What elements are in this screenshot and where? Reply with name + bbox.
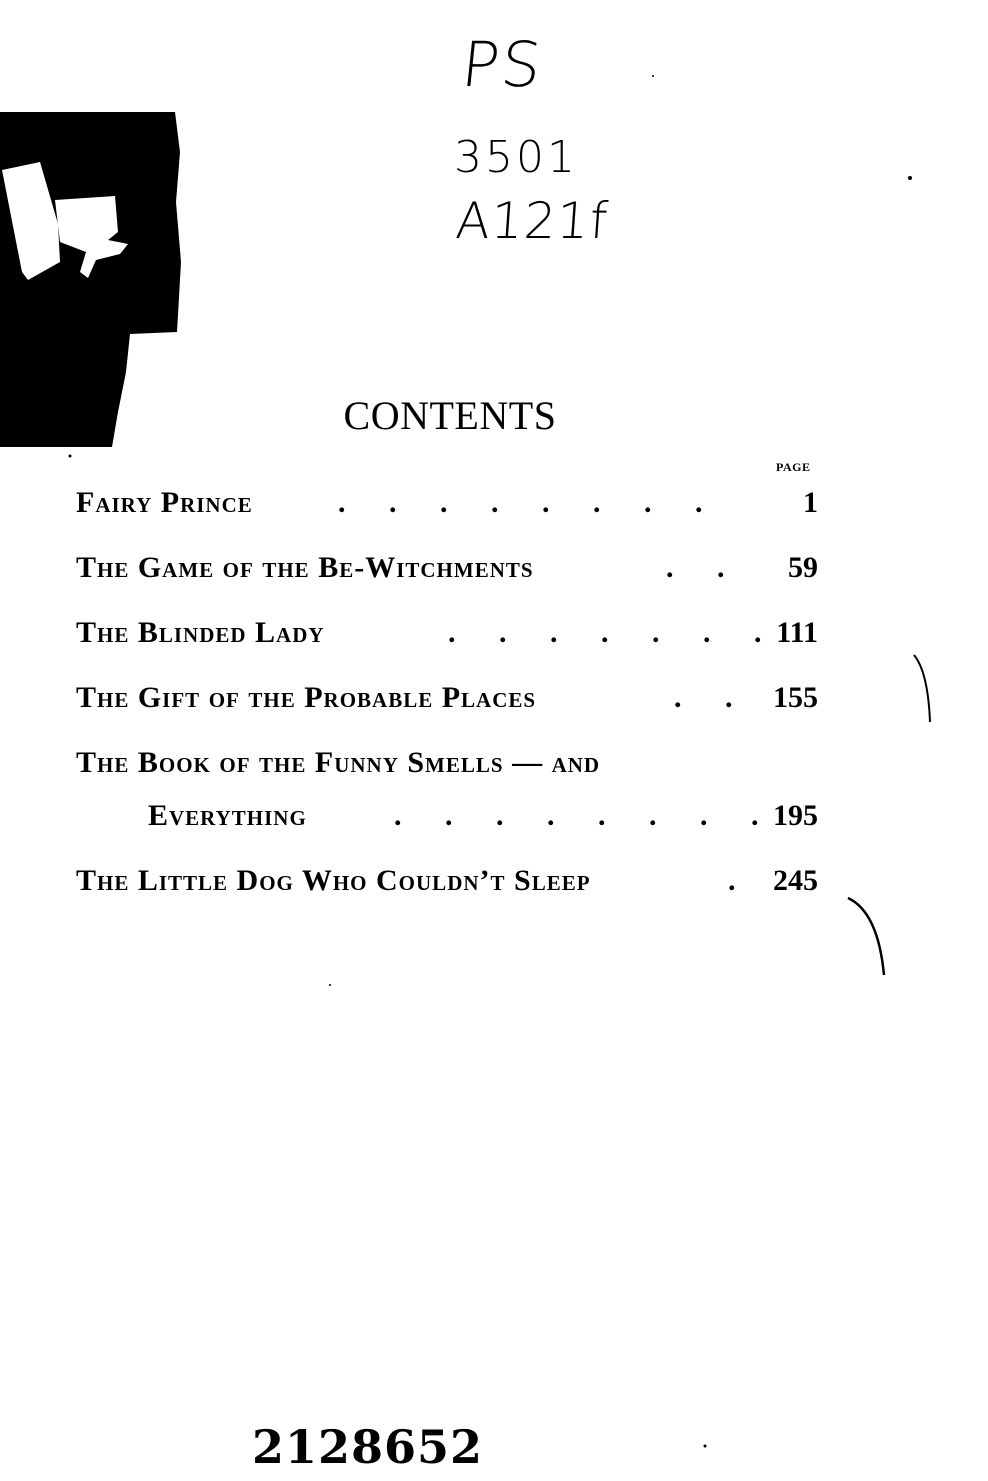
call-number-subclass: 3501 [454,132,578,183]
dot-leader: . . . . . . . . [338,486,721,520]
toc-entry-title: Everything [148,799,307,833]
dot-leader: . [728,864,754,898]
toc-entry-page: 245 [773,864,818,898]
toc-entry-page: 111 [776,616,818,650]
toc-entry[interactable]: The Game of the Be-Witchments . . 59 [76,551,818,601]
toc-entry[interactable]: Fairy Prince . . . . . . . . 1 [76,486,818,536]
page-title: CONTENTS [0,392,900,439]
toc-entry-continued[interactable]: Everything . . . . . . . . 195 [76,799,818,849]
dot-leader: . . . . . . . . [394,799,777,833]
toc-entry[interactable]: The Blinded Lady . . . . . . . 111 [76,616,818,666]
toc-entry-title: The Book of the Funny Smells — and [76,746,600,780]
toc-entry-title: Fairy Prince [76,486,253,520]
dot-leader: . . [666,551,743,585]
accession-number-stamp: 2128652 [252,1420,483,1474]
toc-entry-title: The Game of the Be-Witchments [76,551,534,585]
toc-entry-page: 155 [773,681,818,715]
toc-entry[interactable]: The Book of the Funny Smells — and [76,746,818,796]
toc-entry-title: The Gift of the Probable Places [76,681,536,715]
toc-entry-title: The Blinded Lady [76,616,325,650]
call-number-class: PS [458,28,546,101]
toc-entry-page: 1 [803,486,818,520]
toc-entry-page: 59 [788,551,818,585]
toc-entry-page: 195 [773,799,818,833]
page-column-label: PAGE [776,460,810,475]
call-number-cutter: A121f [454,192,610,250]
toc-entry[interactable]: The Gift of the Probable Places . . 155 [76,681,818,731]
dot-leader: . . [674,681,751,715]
dot-leader: . . . . . . . [448,616,780,650]
toc-entry-title: The Little Dog Who Couldn’t Sleep [76,864,591,898]
toc-entry[interactable]: The Little Dog Who Couldn’t Sleep . 245 [76,864,818,914]
